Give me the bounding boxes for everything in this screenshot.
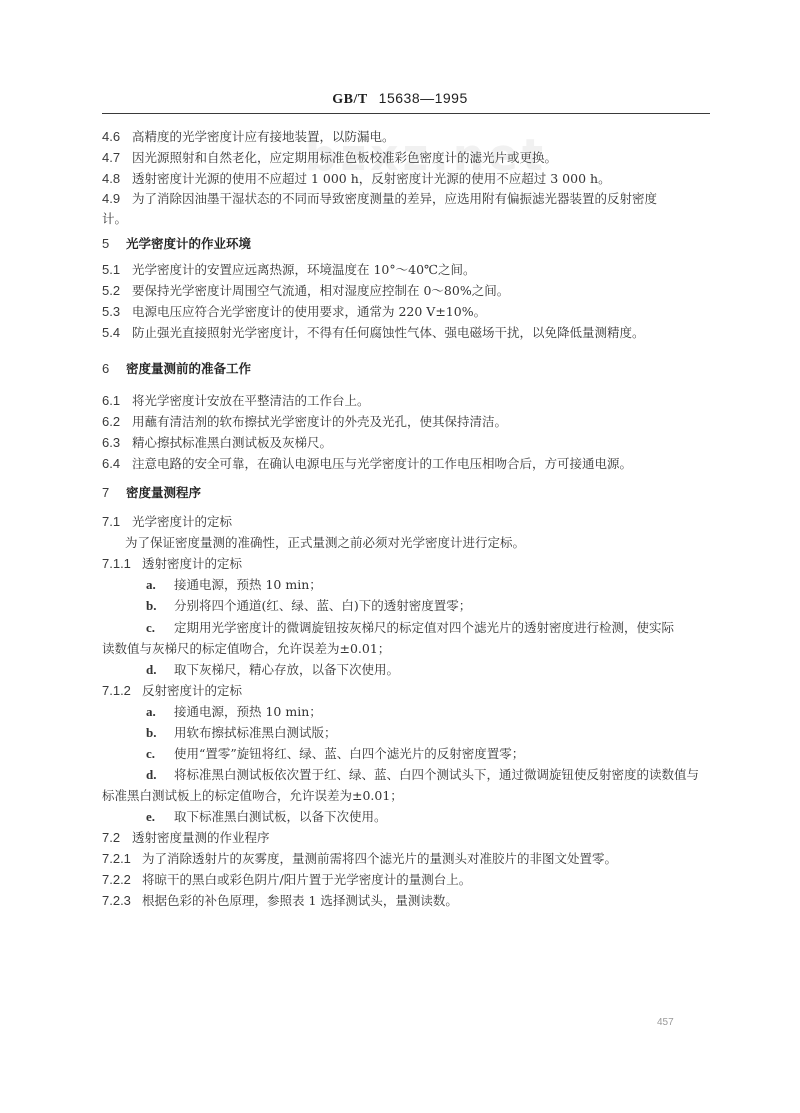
list-text: 取下灰梯尺，精心存放，以备下次使用。 <box>174 662 399 677</box>
list-letter: d. <box>146 659 174 680</box>
clause-number: 7.2.2 <box>102 869 142 890</box>
clause-7-2-3: 7.2.3根据色彩的补色原理，参照表 1 选择测试头，量测读数。 <box>102 890 712 911</box>
list-item-7-1-1-c-continuation: 读数值与灰梯尺的标定值吻合，允许误差为±0.01； <box>102 638 712 659</box>
list-item-7-1-1-c: c.定期用光学密度计的微调旋钮按灰梯尺的标定值对四个滤光片的透射密度进行检测，使… <box>146 617 756 638</box>
list-text: 将标准黑白测试板依次置于红、绿、蓝、白四个测试头下，通过微调旋钮使反射密度的读数… <box>174 767 699 782</box>
list-item-7-1-2-a: a.接通电源，预热 10 min； <box>146 701 756 722</box>
clause-6-4: 6.4注意电路的安全可靠，在确认电源电压与光学密度计的工作电压相吻合后，方可接通… <box>102 453 712 474</box>
clause-number: 5.3 <box>102 301 132 322</box>
clause-4-7: 4.7因光源照射和自然老化，应定期用标准色板校准彩色密度计的滤光片或更换。 <box>102 147 712 168</box>
list-letter: a. <box>146 701 174 722</box>
clause-7-1: 7.1光学密度计的定标 <box>102 511 712 532</box>
standard-prefix: GB/T <box>332 92 367 107</box>
page-number: 457 <box>657 1017 674 1028</box>
clause-7-2: 7.2透射密度量测的作业程序 <box>102 827 712 848</box>
list-letter: b. <box>146 595 174 616</box>
clause-text: 将晾干的黑白或彩色阴片/阳片置于光学密度计的量测台上。 <box>142 872 471 887</box>
list-item-7-1-2-d-continuation: 标准黑白测试板上的标定值吻合，允许误差为±0.01； <box>102 785 712 806</box>
clause-number: 7.1.2 <box>102 680 142 701</box>
clause-7-1-2: 7.1.2反射密度计的定标 <box>102 680 712 701</box>
standard-number: 15638—1995 <box>379 90 468 106</box>
list-item-7-1-1-d: d.取下灰梯尺，精心存放，以备下次使用。 <box>146 659 756 680</box>
clause-5-1: 5.1光学密度计的安置应远离热源，环境温度在 10°～40℃之间。 <box>102 259 712 280</box>
clause-4-9-continuation: 计。 <box>102 208 712 229</box>
list-text: 分别将四个通道(红、绿、蓝、白)下的透射密度置零； <box>174 598 471 613</box>
list-letter: c. <box>146 617 174 638</box>
list-text: 取下标准黑白测试板，以备下次使用。 <box>174 809 387 824</box>
clause-7-1-intro: 为了保证密度量测的准确性，正式量测之前必须对光学密度计进行定标。 <box>125 532 735 553</box>
clause-text: 要保持光学密度计周围空气流通，相对湿度应控制在 0～80%之间。 <box>132 283 509 298</box>
clause-title: 透射密度量测的作业程序 <box>132 830 270 845</box>
clause-title: 透射密度计的定标 <box>142 556 242 571</box>
clause-number: 4.9 <box>102 188 132 209</box>
clause-6-1: 6.1将光学密度计安放在平整清洁的工作台上。 <box>102 390 712 411</box>
list-item-7-1-2-d: d.将标准黑白测试板依次置于红、绿、蓝、白四个测试头下，通过微调旋钮使反射密度的… <box>146 764 756 785</box>
clause-number: 6.1 <box>102 390 132 411</box>
clause-7-2-1: 7.2.1为了消除透射片的灰雾度，量测前需将四个滤光片的量测头对准胶片的非图文处… <box>102 848 712 869</box>
clause-text: 为了消除透射片的灰雾度，量测前需将四个滤光片的量测头对准胶片的非图文处置零。 <box>142 851 617 866</box>
clause-5-3: 5.3电源电压应符合光学密度计的使用要求，通常为 220 V±10%。 <box>102 301 712 322</box>
clause-text: 防止强光直接照射光学密度计，不得有任何腐蚀性气体、强电磁场干扰，以免降低量测精度… <box>132 325 645 340</box>
clause-text: 为了消除因油墨干湿状态的不同而导致密度测量的差异，应选用附有偏振滤光器装置的反射… <box>132 191 657 206</box>
list-text: 用软布擦拭标准黑白测试版； <box>174 725 337 740</box>
section-title: 密度量测前的准备工作 <box>126 361 251 376</box>
page-header: GB/T 15638—1995 <box>0 90 800 108</box>
clause-number: 4.7 <box>102 147 132 168</box>
clause-number: 4.6 <box>102 126 132 147</box>
list-item-7-1-2-c: c.使用“置零”旋钮将红、绿、蓝、白四个滤光片的反射密度置零； <box>146 743 756 764</box>
clause-text: 用蘸有清洁剂的软布擦拭光学密度计的外壳及光孔，使其保持清洁。 <box>132 414 507 429</box>
clause-text: 电源电压应符合光学密度计的使用要求，通常为 220 V±10%。 <box>132 304 486 319</box>
list-text: 接通电源，预热 10 min； <box>174 577 322 592</box>
list-letter: d. <box>146 764 174 785</box>
list-item-7-1-1-b: b.分别将四个通道(红、绿、蓝、白)下的透射密度置零； <box>146 595 756 616</box>
section-title: 密度量测程序 <box>126 485 201 500</box>
section-number: 5 <box>102 233 126 254</box>
clause-number: 5.1 <box>102 259 132 280</box>
clause-number: 4.8 <box>102 168 132 189</box>
clause-title: 反射密度计的定标 <box>142 683 242 698</box>
clause-text: 光学密度计的安置应远离热源，环境温度在 10°～40℃之间。 <box>132 262 476 277</box>
clause-4-8: 4.8透射密度计光源的使用不应超过 1 000 h，反射密度计光源的使用不应超过… <box>102 168 712 189</box>
clause-7-2-2: 7.2.2将晾干的黑白或彩色阴片/阳片置于光学密度计的量测台上。 <box>102 869 712 890</box>
section-7-heading: 7密度量测程序 <box>102 482 712 503</box>
list-text: 使用“置零”旋钮将红、绿、蓝、白四个滤光片的反射密度置零； <box>174 746 524 761</box>
clause-text: 因光源照射和自然老化，应定期用标准色板校准彩色密度计的滤光片或更换。 <box>132 150 557 165</box>
clause-number: 5.4 <box>102 322 132 343</box>
clause-number: 7.2 <box>102 827 132 848</box>
section-number: 6 <box>102 358 126 379</box>
clause-4-6: 4.6高精度的光学密度计应有接地装置，以防漏电。 <box>102 126 712 147</box>
clause-6-2: 6.2用蘸有清洁剂的软布擦拭光学密度计的外壳及光孔，使其保持清洁。 <box>102 411 712 432</box>
list-text: 定期用光学密度计的微调旋钮按灰梯尺的标定值对四个滤光片的透射密度进行检测，使实际 <box>174 620 674 635</box>
list-letter: a. <box>146 574 174 595</box>
clause-6-3: 6.3精心擦拭标准黑白测试板及灰梯尺。 <box>102 432 712 453</box>
clause-text: 高精度的光学密度计应有接地装置，以防漏电。 <box>132 129 395 144</box>
section-5-heading: 5光学密度计的作业环境 <box>102 233 712 254</box>
clause-7-1-1: 7.1.1透射密度计的定标 <box>102 553 712 574</box>
section-number: 7 <box>102 482 126 503</box>
clause-text: 精心擦拭标准黑白测试板及灰梯尺。 <box>132 435 332 450</box>
clause-5-2: 5.2要保持光学密度计周围空气流通，相对湿度应控制在 0～80%之间。 <box>102 280 712 301</box>
list-letter: b. <box>146 722 174 743</box>
clause-text: 根据色彩的补色原理，参照表 1 选择测试头，量测读数。 <box>142 893 458 908</box>
list-item-7-1-2-b: b.用软布擦拭标准黑白测试版； <box>146 722 756 743</box>
clause-number: 7.1.1 <box>102 553 142 574</box>
list-item-7-1-1-a: a.接通电源，预热 10 min； <box>146 574 756 595</box>
list-letter: e. <box>146 806 174 827</box>
clause-text: 透射密度计光源的使用不应超过 1 000 h，反射密度计光源的使用不应超过 3 … <box>132 171 611 186</box>
clause-number: 5.2 <box>102 280 132 301</box>
section-6-heading: 6密度量测前的准备工作 <box>102 358 712 379</box>
list-item-7-1-2-e: e.取下标准黑白测试板，以备下次使用。 <box>146 806 756 827</box>
clause-title: 光学密度计的定标 <box>132 514 232 529</box>
clause-number: 7.1 <box>102 511 132 532</box>
clause-number: 7.2.1 <box>102 848 142 869</box>
clause-number: 7.2.3 <box>102 890 142 911</box>
list-letter: c. <box>146 743 174 764</box>
list-text: 接通电源，预热 10 min； <box>174 704 322 719</box>
clause-number: 6.3 <box>102 432 132 453</box>
clause-5-4: 5.4防止强光直接照射光学密度计，不得有任何腐蚀性气体、强电磁场干扰，以免降低量… <box>102 322 712 343</box>
document-page: bzxz.net GB/T 15638—1995 4.6高精度的光学密度计应有接… <box>0 0 800 1113</box>
section-title: 光学密度计的作业环境 <box>126 236 251 251</box>
header-rule <box>102 113 710 114</box>
clause-text: 注意电路的安全可靠，在确认电源电压与光学密度计的工作电压相吻合后，方可接通电源。 <box>132 456 632 471</box>
clause-text: 将光学密度计安放在平整清洁的工作台上。 <box>132 393 370 408</box>
clause-4-9: 4.9为了消除因油墨干湿状态的不同而导致密度测量的差异，应选用附有偏振滤光器装置… <box>102 188 712 209</box>
clause-number: 6.2 <box>102 411 132 432</box>
clause-number: 6.4 <box>102 453 132 474</box>
